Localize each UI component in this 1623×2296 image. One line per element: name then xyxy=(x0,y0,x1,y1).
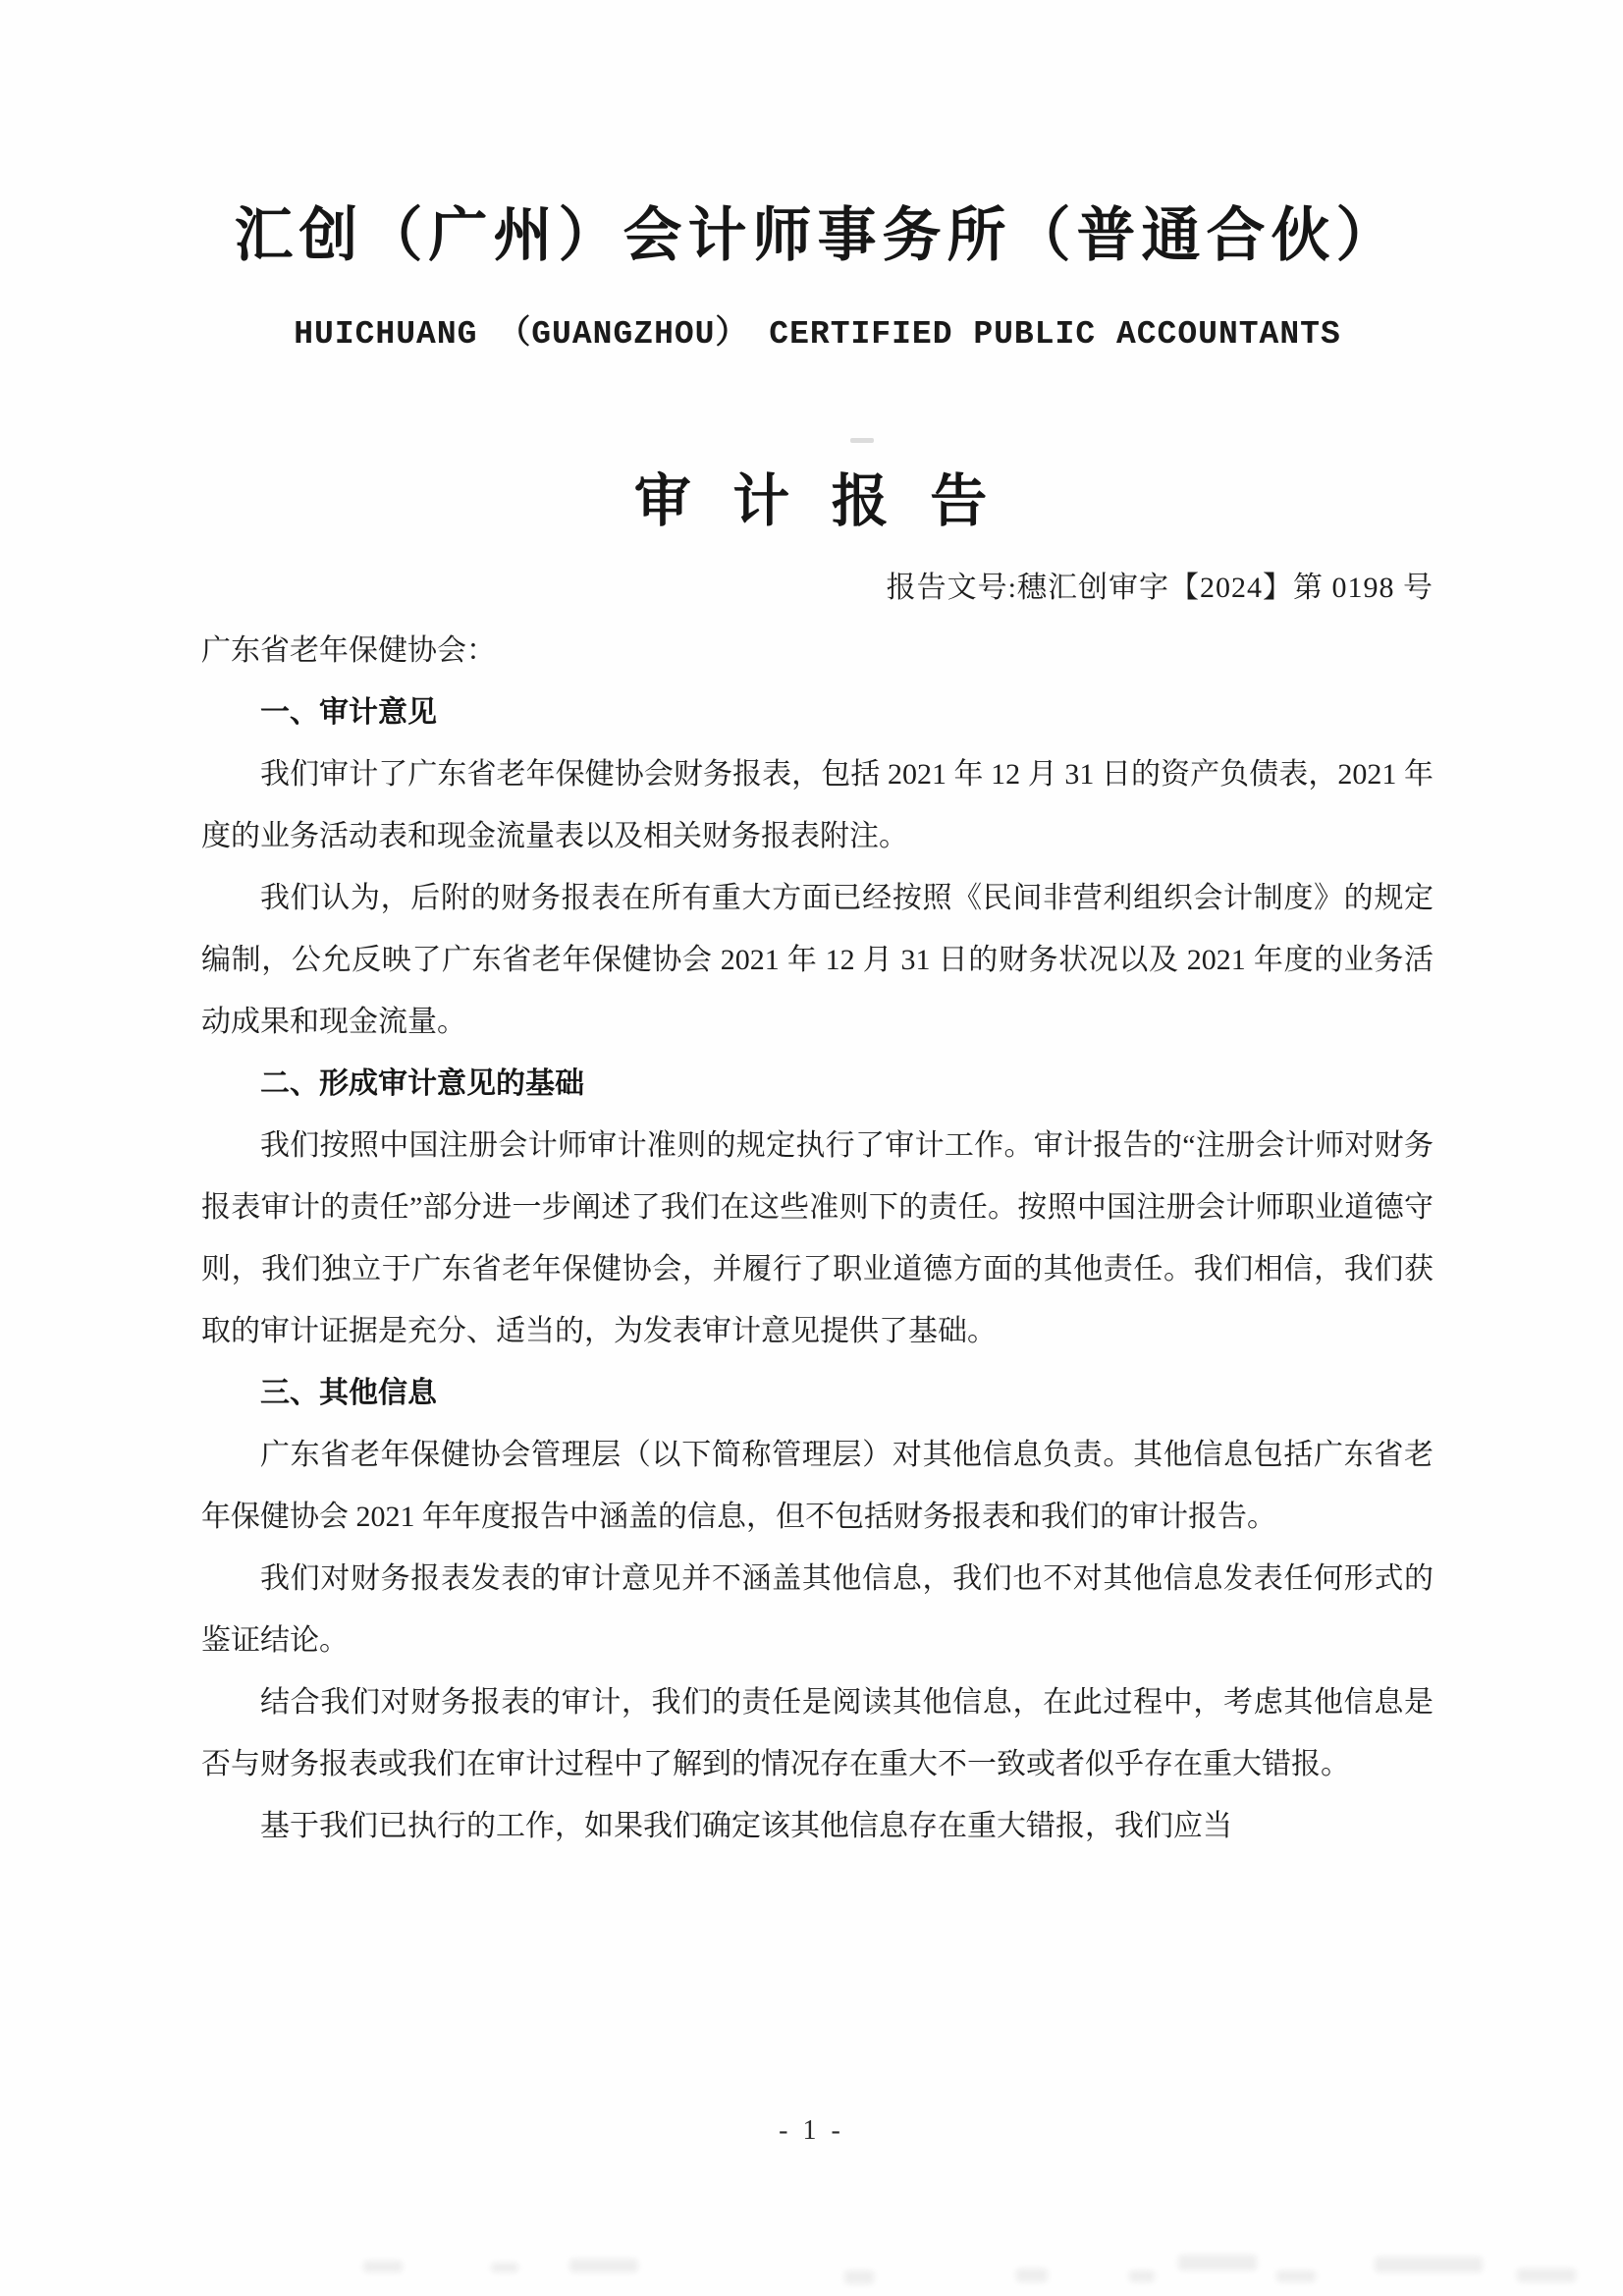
section-heading-audit-opinion: 一、审计意见 xyxy=(201,682,1434,743)
paragraph: 广东省老年保健协会管理层（以下简称管理层）对其他信息负责。其他信息包括广东省老年… xyxy=(201,1424,1434,1548)
scan-artifact xyxy=(363,2261,403,2272)
scan-artifact xyxy=(1178,2255,1257,2270)
scan-speckle xyxy=(850,438,874,443)
section-audit-opinion: 一、审计意见 我们审计了广东省老年保健协会财务报表，包括 2021 年 12 月… xyxy=(201,682,1434,1053)
scan-artifact xyxy=(1517,2269,1576,2282)
paragraph: 我们认为，后附的财务报表在所有重大方面已经按照《民间非营利组织会计制度》的规定编… xyxy=(201,867,1434,1053)
paragraph: 我们按照中国注册会计师审计准则的规定执行了审计工作。审计报告的“注册会计师对财务… xyxy=(201,1115,1434,1362)
page-content: 汇创（广州）会计师事务所（普通合伙） HUICHUANG （GUANGZHOU）… xyxy=(0,0,1623,1857)
scan-artifact xyxy=(491,2263,518,2272)
scan-artifact xyxy=(844,2270,874,2284)
report-number: 报告文号:穗汇创审字【2024】第 0198 号 xyxy=(201,563,1434,606)
addressee: 广东省老年保健协会： xyxy=(201,620,1434,682)
section-heading-basis-for-opinion: 二、形成审计意见的基础 xyxy=(201,1053,1434,1115)
section-other-information: 三、其他信息 广东省老年保健协会管理层（以下简称管理层）对其他信息负责。其他信息… xyxy=(201,1362,1434,1857)
paragraph: 我们对财务报表发表的审计意见并不涵盖其他信息，我们也不对其他信息发表任何形式的鉴… xyxy=(201,1548,1434,1671)
paragraph: 我们审计了广东省老年保健协会财务报表，包括 2021 年 12 月 31 日的资… xyxy=(201,743,1434,867)
scan-artifact xyxy=(1129,2270,1155,2282)
paragraph: 基于我们已执行的工作，如果我们确定该其他信息存在重大错报，我们应当 xyxy=(201,1795,1434,1857)
report-body: 一、审计意见 我们审计了广东省老年保健协会财务报表，包括 2021 年 12 月… xyxy=(201,682,1434,1857)
scan-artifact xyxy=(1276,2270,1316,2282)
paragraph: 结合我们对财务报表的审计，我们的责任是阅读其他信息，在此过程中，考虑其他信息是否… xyxy=(201,1671,1434,1795)
scan-artifact xyxy=(1375,2257,1483,2272)
scan-artifact xyxy=(1016,2269,1048,2282)
report-title: 审 计 报 告 xyxy=(201,455,1434,537)
scan-artifact xyxy=(569,2259,638,2272)
page-number: - 1 - xyxy=(0,2115,1623,2147)
firm-name-english: HUICHUANG （GUANGZHOU） CERTIFIED PUBLIC A… xyxy=(201,306,1434,353)
section-heading-other-information: 三、其他信息 xyxy=(201,1362,1434,1424)
audit-report-page: 汇创（广州）会计师事务所（普通合伙） HUICHUANG （GUANGZHOU）… xyxy=(0,0,1623,2296)
section-basis-for-opinion: 二、形成审计意见的基础 我们按照中国注册会计师审计准则的规定执行了审计工作。审计… xyxy=(201,1053,1434,1362)
firm-name-chinese: 汇创（广州）会计师事务所（普通合伙） xyxy=(201,0,1434,273)
